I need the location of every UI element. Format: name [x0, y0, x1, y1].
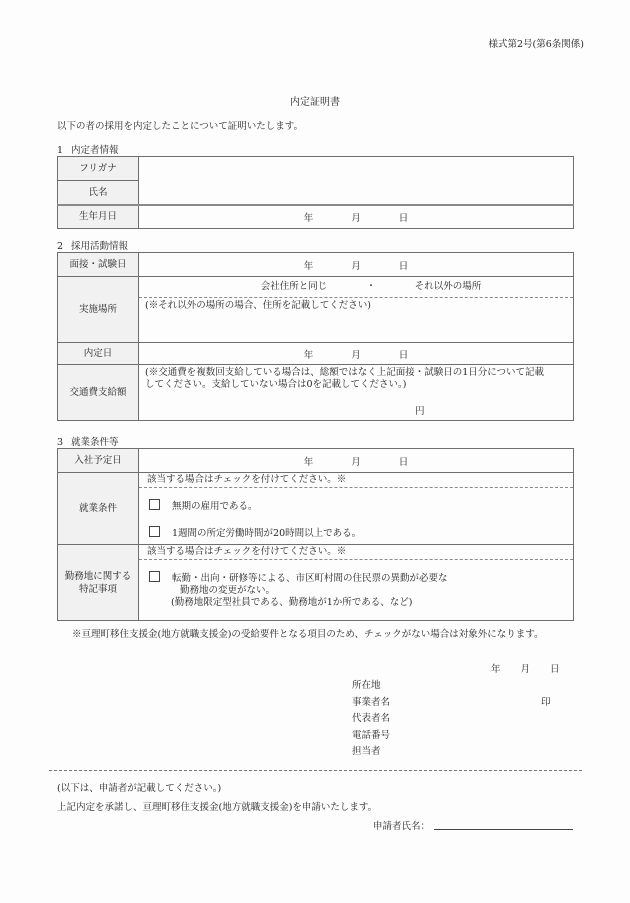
workplace-row: 勤務地に関する 特記事項 該当する場合はチェックを付けてください。※ 転勤・出向… [58, 545, 574, 621]
applicant-statement: 上記内定を承諾し、亘理町移住支援金(地方就職支援金)を申請いたします。 [57, 799, 377, 813]
venue-option-other[interactable]: それ以外の場所 [415, 281, 482, 292]
checkbox-icon[interactable] [149, 499, 160, 510]
furigana-name-field[interactable] [139, 157, 574, 205]
check-20-hours[interactable]: 1週間の所定労働時間が20時間以上である。 [139, 525, 573, 539]
furigana-row: フリガナ [58, 157, 574, 181]
contact-person-label: 担当者 [352, 744, 390, 761]
applicant-name-field[interactable] [434, 829, 573, 830]
document-title: 内定証明書 [0, 93, 630, 108]
check-no-relocation[interactable]: 転勤・出向・研修等による、市区町村間の住民票の異動が必要な [139, 571, 573, 585]
employment-instruction: 該当する場合はチェックを付けてください。※ [139, 473, 573, 488]
birthdate-label: 生年月日 [58, 205, 139, 229]
signature-fields: 所在地 事業者名 代表者名 電話番号 担当者 [352, 678, 390, 761]
interview-date-label: 面接・試験日 [58, 253, 139, 277]
address-label: 所在地 [352, 678, 390, 695]
venue-row: 実施場所 会社住所と同じ ・ それ以外の場所 (※それ以外の場所の場合、住所を記… [58, 277, 574, 343]
phone-label: 電話番号 [352, 728, 390, 745]
signature-date[interactable]: 年月日 [491, 661, 560, 675]
applicant-name-label: 申請者氏名： [373, 818, 430, 832]
offer-date-row: 内定日 年月日 [58, 343, 574, 365]
venue-label: 実施場所 [58, 277, 139, 343]
employment-field: 該当する場合はチェックを付けてください。※ 無期の雇用である。 1週間の所定労働… [139, 473, 574, 545]
employment-conditions-table: 入社予定日 年月日 就業条件 該当する場合はチェックを付けてください。※ 無期の… [57, 448, 574, 621]
employment-label: 就業条件 [58, 473, 139, 545]
yen-unit: 円 [415, 403, 425, 417]
join-date-field[interactable]: 年月日 [139, 449, 574, 473]
venue-options: 会社住所と同じ ・ それ以外の場所 [139, 277, 573, 298]
venue-note: (※それ以外の場所の場合、住所を記載してください) [139, 298, 573, 312]
offer-date-label: 内定日 [58, 343, 139, 365]
check-indefinite-employment[interactable]: 無期の雇用である。 [139, 498, 573, 512]
applicant-info-table: フリガナ 氏名 生年月日 年月日 [57, 156, 574, 229]
checkbox-icon[interactable] [149, 526, 160, 537]
workplace-label: 勤務地に関する 特記事項 [58, 545, 139, 621]
section1-heading: 1内定者情報 [57, 142, 119, 156]
representative-label: 代表者名 [352, 711, 390, 728]
workplace-check-line2: 勤務地の変更がない。 [139, 585, 573, 597]
employment-row: 就業条件 該当する場合はチェックを付けてください。※ 無期の雇用である。 1週間… [58, 473, 574, 545]
name-label: 氏名 [58, 181, 139, 205]
offer-date-field[interactable]: 年月日 [139, 343, 574, 365]
birthdate-field[interactable]: 年月日 [139, 205, 574, 229]
join-date-label: 入社予定日 [58, 449, 139, 473]
transport-label: 交通費支給額 [58, 365, 139, 421]
birthdate-row: 生年月日 年月日 [58, 205, 574, 229]
venue-option-same[interactable]: 会社住所と同じ [261, 281, 328, 292]
transport-field[interactable]: (※交通費を複数回支給している場合は、総額ではなく上記面接・試験日の1日分につい… [139, 365, 574, 421]
transport-note-line2: してください。支給していない場合は0を記載してください。) [139, 379, 573, 391]
transport-row: 交通費支給額 (※交通費を複数回支給している場合は、総額ではなく上記面接・試験日… [58, 365, 574, 421]
footnote: ※亘理町移住支援金(地方就職支援金)の受給要件となる項目のため、チェックがない場… [72, 626, 544, 640]
furigana-label: フリガナ [58, 157, 139, 181]
workplace-check-line3: (勤務地限定型社員である、勤務地が1か所である、など) [139, 597, 573, 609]
venue-option-separator: ・ [366, 281, 376, 292]
interview-date-row: 面接・試験日 年月日 [58, 253, 574, 277]
venue-field: 会社住所と同じ ・ それ以外の場所 (※それ以外の場所の場合、住所を記載してくだ… [139, 277, 574, 343]
applicant-note: (以下は、申請者が記載してください。) [57, 780, 221, 794]
section2-heading: 2採用活動情報 [57, 238, 128, 252]
intro-text: 以下の者の採用を内定したことについて証明いたします。 [57, 118, 303, 132]
workplace-field: 該当する場合はチェックを付けてください。※ 転勤・出向・研修等による、市区町村間… [139, 545, 574, 621]
form-number: 様式第2号(第6条関係) [488, 36, 584, 50]
interview-date-field[interactable]: 年月日 [139, 253, 574, 277]
workplace-instruction: 該当する場合はチェックを付けてください。※ [139, 545, 573, 560]
venue-address-input[interactable] [139, 312, 573, 340]
seal-mark: 印 [541, 694, 551, 708]
checkbox-icon[interactable] [149, 571, 160, 582]
cut-line-divider [49, 770, 582, 771]
business-name-label: 事業者名 [352, 695, 390, 712]
transport-note-line1: (※交通費を複数回支給している場合は、総額ではなく上記面接・試験日の1日分につい… [139, 365, 573, 379]
section3-heading: 3就業条件等 [57, 434, 119, 448]
join-date-row: 入社予定日 年月日 [58, 449, 574, 473]
recruitment-info-table: 面接・試験日 年月日 実施場所 会社住所と同じ ・ それ以外の場所 (※それ以外… [57, 252, 574, 421]
